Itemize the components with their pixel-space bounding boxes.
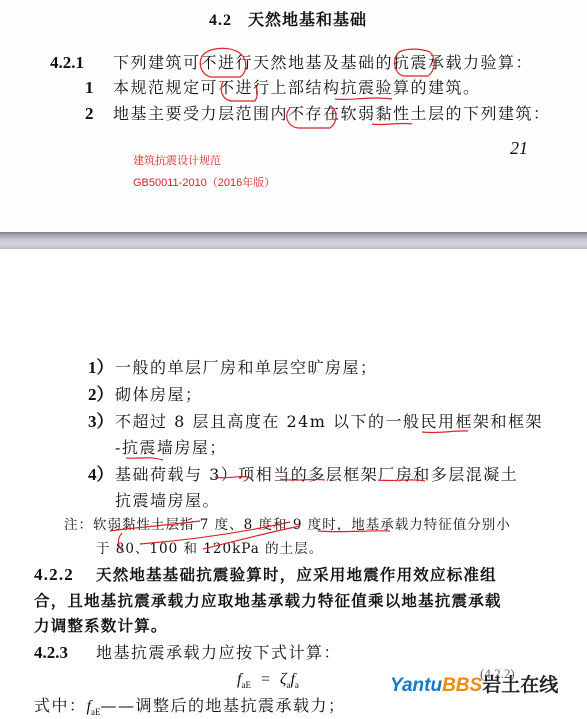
clause-4-2-1: 4.2.1下列建筑可不进行天然地基及基础的抗震承载力验算：: [50, 53, 533, 73]
formula-lhs-sub: aE: [241, 680, 251, 690]
page-separator: [0, 232, 587, 249]
page-number: 21: [510, 138, 528, 158]
sub-item-4: 4）基础荷载与 3）项相当的多层框架厂房和多层混凝土: [88, 465, 518, 485]
sub-item-number: 2）: [88, 385, 115, 405]
item-number: 1: [85, 78, 113, 98]
clause-4-2-2-line-3: 力调整系数计算。: [34, 616, 168, 636]
sub-item-2: 2）砌体房屋；: [88, 385, 203, 405]
sub-item-3: 3）不超过 8 层且高度在 24m 以下的一般民用框架和框架: [88, 412, 543, 432]
watermark-yantu: Yantu: [390, 675, 442, 696]
top-page: 4.2天然地基和基础 4.2.1下列建筑可不进行天然地基及基础的抗震承载力验算：…: [0, 0, 587, 232]
item-1: 1本规范规定可不进行上部结构抗震验算的建筑。: [85, 78, 481, 98]
section-title: 4.2天然地基和基础: [209, 10, 367, 31]
item-number: 2: [85, 104, 113, 124]
formula-equals: =: [261, 671, 270, 688]
sub-item-number: 4）: [88, 465, 115, 485]
watermark-bbs: BBS: [442, 675, 482, 696]
clause-number: 4.2.3: [34, 643, 96, 663]
sub-item-number: 1）: [88, 358, 115, 378]
source-note-code: GB50011-2010（2016年版）: [133, 174, 275, 190]
item-2: 2地基主要受力层范围内不存在软弱黏性土层的下列建筑：: [85, 104, 551, 124]
sub-item-text: 抗震墙房屋。: [115, 491, 220, 510]
sub-item-text: 一般的单层厂房和单层空旷房屋；: [115, 358, 378, 377]
item-text: 本规范规定可不进行上部结构抗震验算的建筑。: [113, 78, 481, 97]
sub-item-text: 基础荷载与 3）项相当的多层框架厂房和多层混凝土: [115, 465, 518, 484]
where-prefix: 式中：: [34, 696, 87, 715]
section-title-text: 天然地基和基础: [248, 10, 367, 29]
where-text: ——调整后的地基抗震承载力；: [100, 696, 345, 715]
clause-4-2-3: 4.2.3地基抗震承载力应按下式计算：: [34, 643, 341, 663]
watermark-cn: 岩土在线: [482, 675, 558, 696]
clause-4-2-2-line-1: 4.2.2天然地基基础抗震验算时，应采用地震作用效应标准组: [34, 565, 497, 585]
note-line-2: 于 80、100 和 120kPa 的土层。: [96, 539, 323, 559]
note-line-1: 注：软弱黏性土层指 7 度、8 度和 9 度时，地基承载力特征值分别小: [64, 515, 511, 535]
sub-item-4-continuation: 抗震墙房屋。: [115, 491, 220, 511]
formula: faE = ζafa: [237, 670, 299, 695]
where-line: 式中：faE——调整后的地基抗震承载力；: [34, 696, 345, 719]
sub-item-number: 3）: [88, 412, 115, 432]
clause-number: 4.2.2: [34, 565, 96, 585]
sub-item-text: 不超过 8 层且高度在 24m 以下的一般民用框架和框架: [115, 412, 543, 431]
sub-item-text: 砌体房屋；: [115, 385, 203, 404]
clause-text: 地基抗震承载力应按下式计算：: [96, 643, 341, 662]
section-number: 4.2: [209, 12, 232, 29]
clause-number: 4.2.1: [50, 53, 113, 73]
clause-4-2-2-line-2: 合，且地基抗震承载力应取地基承载力特征值乘以地基抗震承载: [34, 591, 502, 611]
clause-text: 下列建筑可不进行天然地基及基础的抗震承载力验算：: [113, 53, 533, 72]
sub-item-text: -抗震墙房屋；: [115, 438, 227, 457]
source-note-title: 建筑抗震设计规范: [133, 152, 221, 168]
sub-item-1: 1）一般的单层厂房和单层空旷房屋；: [88, 358, 378, 378]
sub-item-3-continuation: -抗震墙房屋；: [115, 438, 227, 458]
item-text: 地基主要受力层范围内不存在软弱黏性土层的下列建筑：: [113, 104, 551, 123]
watermark-logo: YantuBBS岩土在线: [390, 670, 558, 697]
formula-rhs-sub: a: [295, 680, 299, 690]
clause-text: 天然地基基础抗震验算时，应采用地震作用效应标准组: [96, 566, 497, 584]
